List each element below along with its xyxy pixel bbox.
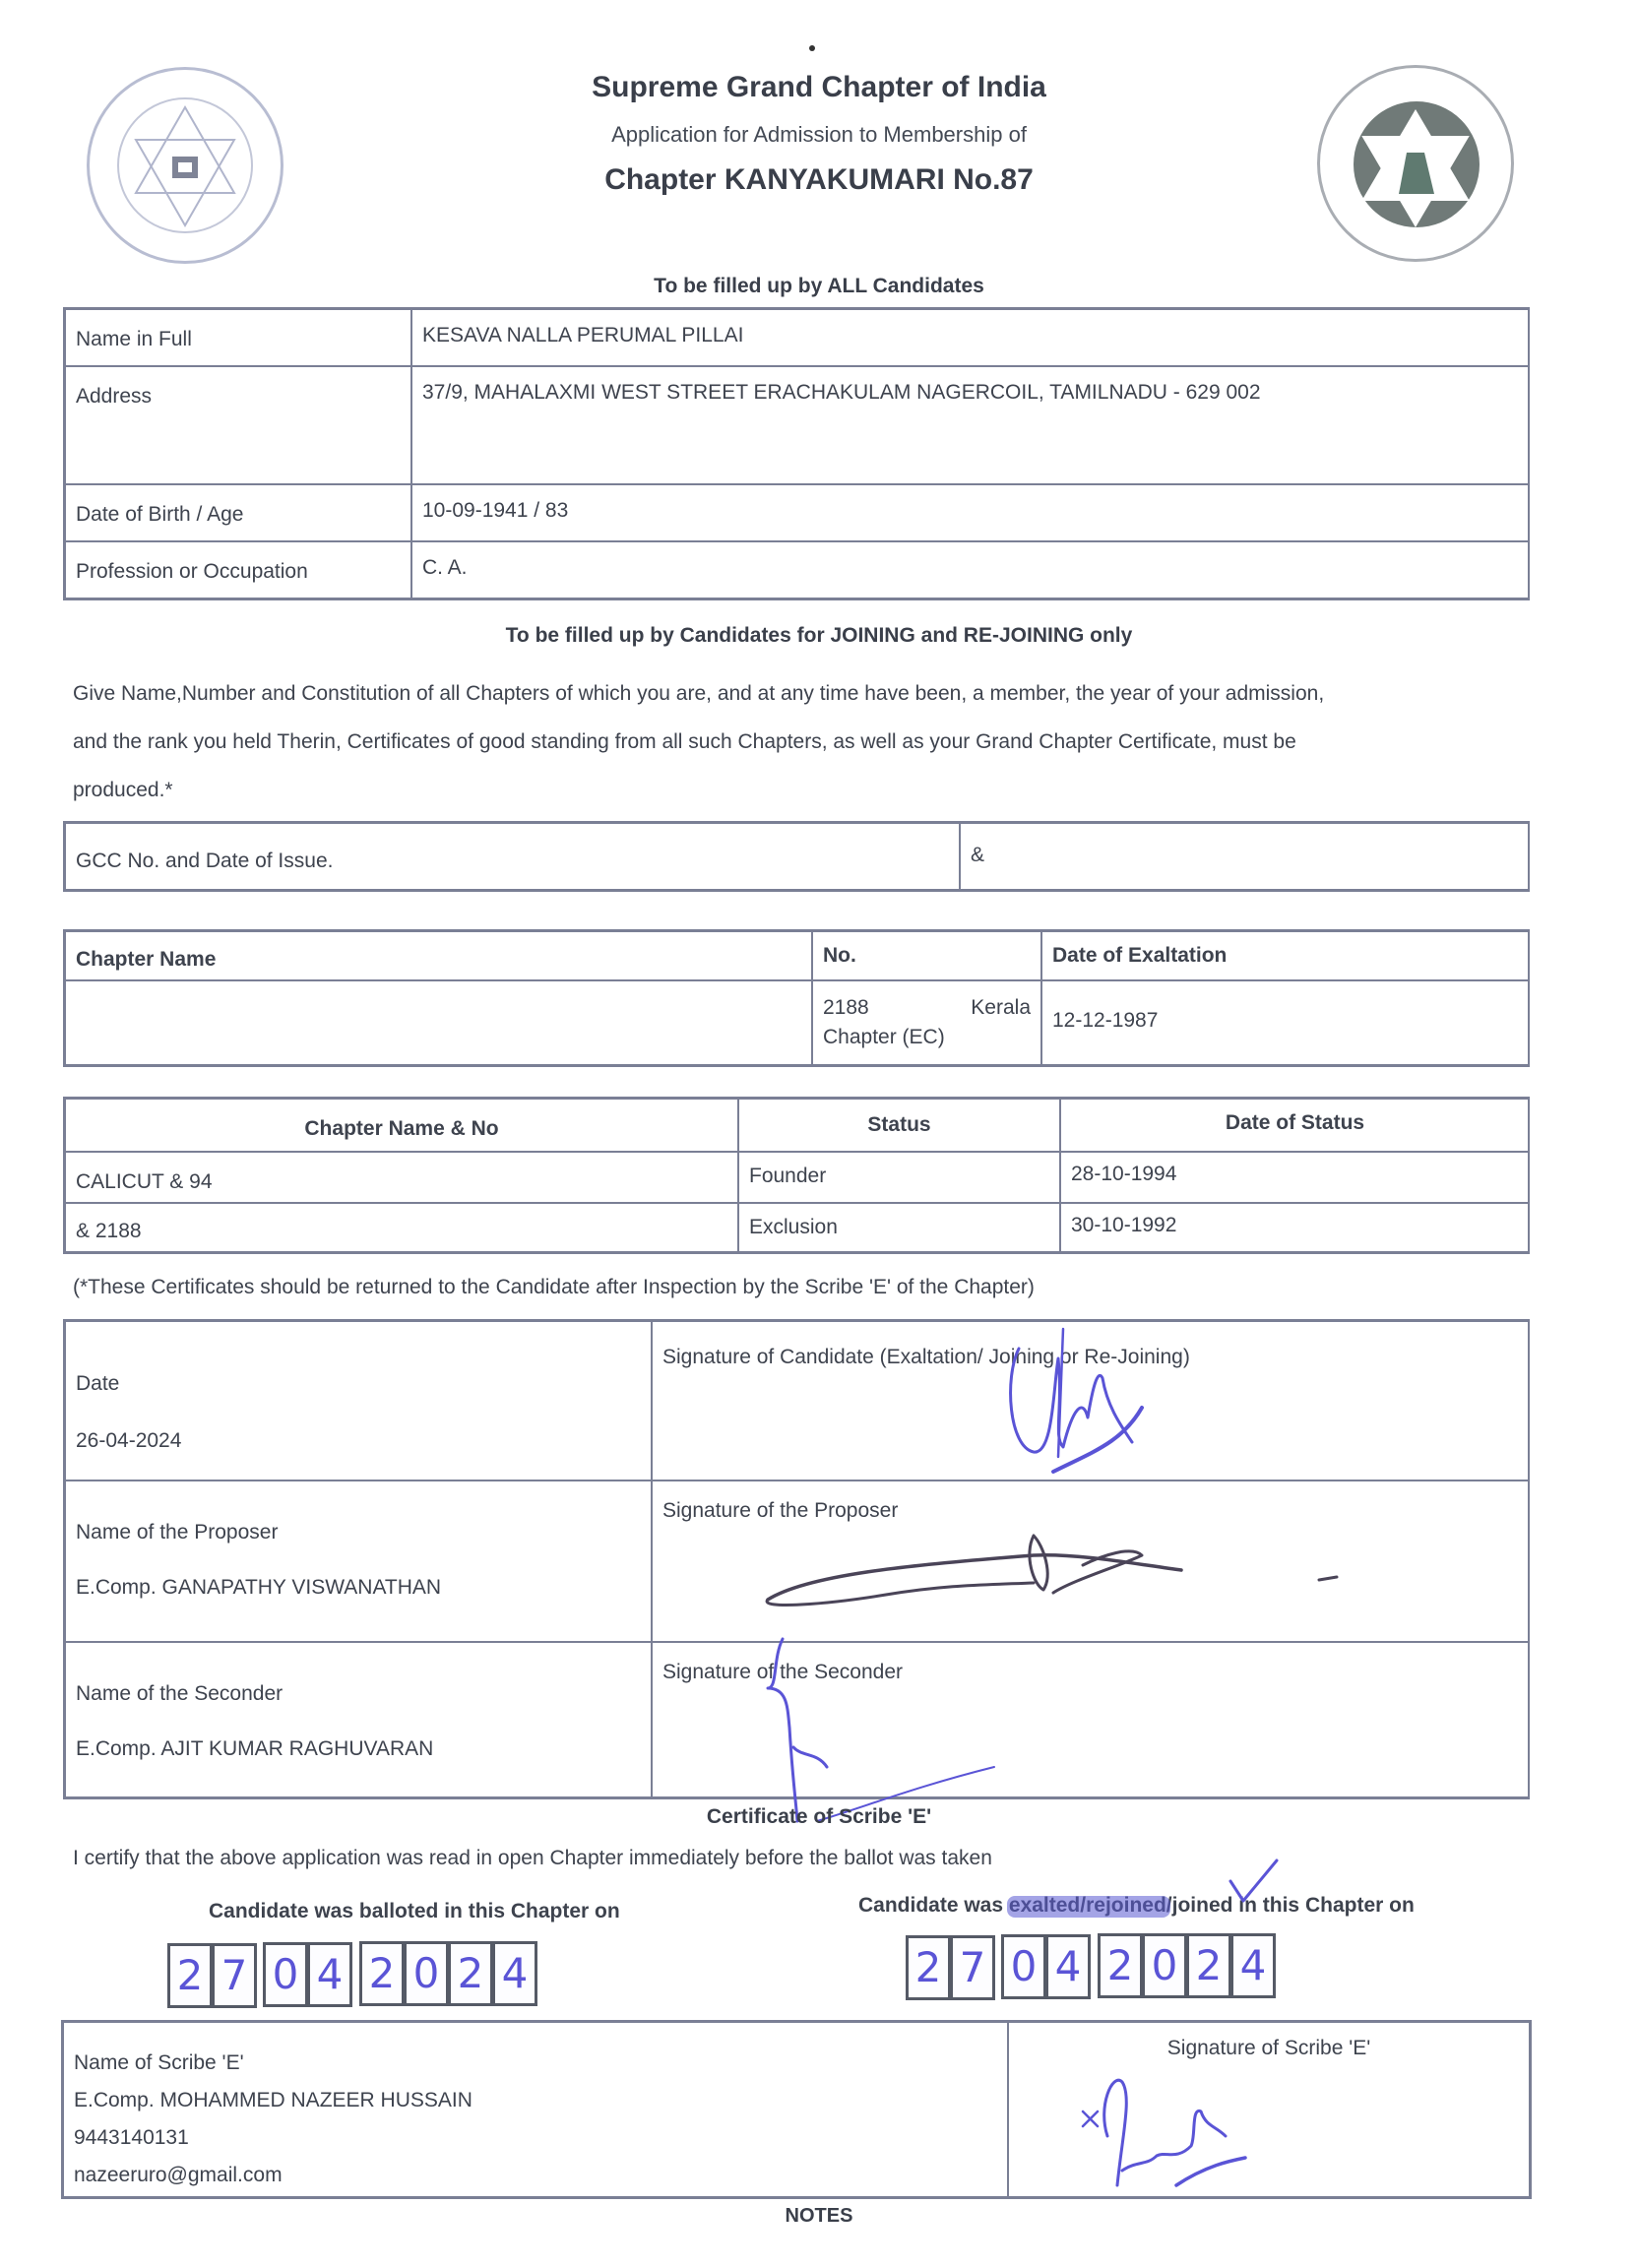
value-address: 37/9, MAHALAXMI WEST STREET ERACHAKULAM … <box>411 366 1530 484</box>
chapter-title: Chapter KANYAKUMARI No.87 <box>0 163 1638 197</box>
value-dob-age: 10-09-1941 / 83 <box>411 484 1530 541</box>
scribe-statement: I certify that the above application was… <box>73 1847 992 1870</box>
joined-label-struck: exalted/rejoined <box>1009 1894 1166 1917</box>
certificates-footnote: (*These Certificates should be returned … <box>73 1276 1035 1299</box>
balloted-year-digit-2: 0 <box>404 1941 449 2006</box>
status-row-1-chapter: CALICUT & 94 <box>65 1152 738 1203</box>
header-date-of-status: Date of Status <box>1060 1099 1530 1152</box>
joined-day-digit-1: 2 <box>906 1935 951 2000</box>
scribe-signature-icon <box>1068 2067 1285 2195</box>
org-title: Supreme Grand Chapter of India <box>0 71 1638 104</box>
balloted-year-digit-4: 4 <box>492 1941 537 2006</box>
proposer-cell: Name of the Proposer E.Comp. GANAPATHY V… <box>65 1480 652 1642</box>
scribe-phone: 9443140131 <box>74 2119 997 2157</box>
status-row-1-status: Founder <box>738 1152 1060 1203</box>
status-row-1-date: 28-10-1994 <box>1060 1152 1530 1203</box>
section-heading-joining: To be filled up by Candidates for JOININ… <box>0 624 1638 648</box>
scribe-table: Name of Scribe 'E' E.Comp. MOHAMMED NAZE… <box>61 2020 1532 2199</box>
header-status: Status <box>738 1099 1060 1152</box>
scribe-email: nazeeruro@gmail.com <box>74 2157 997 2194</box>
value-date-of-exaltation: 12-12-1987 <box>1041 980 1530 1065</box>
proposer-label: Name of the Proposer <box>76 1505 641 1560</box>
balloted-year-digit-3: 2 <box>448 1941 493 2006</box>
candidate-signature-icon <box>984 1319 1280 1477</box>
seconder-signature-icon <box>758 1629 1014 1826</box>
value-no-constitution: Kerala <box>971 993 1031 1023</box>
status-row-2-date: 30-10-1992 <box>1060 1203 1530 1252</box>
balloted-month-digit-2: 4 <box>307 1942 352 2007</box>
joined-month-digit-1: 0 <box>1001 1934 1046 1999</box>
notes-heading: NOTES <box>0 2205 1638 2228</box>
value-chapter-name <box>65 980 812 1065</box>
label-name-in-full: Name in Full <box>65 309 411 366</box>
instructions-line-3: produced.* <box>73 766 1530 814</box>
header-chapter-name: Chapter Name <box>65 931 812 980</box>
label-profession: Profession or Occupation <box>65 541 411 598</box>
balloted-year-digit-1: 2 <box>359 1941 405 2006</box>
date-cell: Date 26-04-2024 <box>65 1321 652 1480</box>
section-heading-all-candidates: To be filled up by ALL Candidates <box>0 275 1638 298</box>
joined-label: Candidate was exalted/rejoined/joined in… <box>858 1894 1415 1918</box>
scribe-name-label: Name of Scribe 'E' <box>74 2045 997 2082</box>
status-row-2-chapter: & 2188 <box>65 1203 738 1252</box>
balloted-day-digit-1: 2 <box>167 1943 213 2008</box>
status-row-2-status: Exclusion <box>738 1203 1060 1252</box>
value-no: 2188 Kerala Chapter (EC) <box>812 980 1041 1065</box>
scribble-strikethrough <box>1007 1896 1170 1918</box>
value-no-line2: Chapter (EC) <box>823 1023 1031 1052</box>
scribe-name: E.Comp. MOHAMMED NAZEER HUSSAIN <box>74 2082 997 2119</box>
date-value: 26-04-2024 <box>76 1413 641 1470</box>
date-label: Date <box>76 1355 641 1413</box>
joined-label-suffix: /joined in this Chapter on <box>1166 1894 1415 1917</box>
gcc-value: & <box>960 823 1530 890</box>
value-profession: C. A. <box>411 541 1530 598</box>
proposer-signature-icon <box>748 1516 1339 1634</box>
balloted-label: Candidate was balloted in this Chapter o… <box>209 1900 620 1923</box>
label-dob-age: Date of Birth / Age <box>65 484 411 541</box>
value-name-in-full: KESAVA NALLA PERUMAL PILLAI <box>411 309 1530 366</box>
checkmark-icon <box>1226 1857 1285 1906</box>
header-no: No. <box>812 931 1041 980</box>
label-address: Address <box>65 366 411 484</box>
instructions-line-1: Give Name,Number and Constitution of all… <box>73 669 1530 718</box>
seconder-label: Name of the Seconder <box>76 1667 641 1722</box>
joined-year-digit-2: 0 <box>1142 1933 1187 1998</box>
value-no-number: 2188 <box>823 993 869 1023</box>
scribe-certificate-heading: Certificate of Scribe 'E' <box>0 1805 1638 1829</box>
instructions-paragraph: Give Name,Number and Constitution of all… <box>73 669 1530 814</box>
gcc-label: GCC No. and Date of Issue. <box>65 823 960 890</box>
form-subtitle: Application for Admission to Membership … <box>0 122 1638 148</box>
header-chapter-name-no: Chapter Name & No <box>65 1099 738 1152</box>
joined-month-digit-2: 4 <box>1045 1934 1091 1999</box>
joined-year-digit-1: 2 <box>1098 1933 1143 1998</box>
joined-day-digit-2: 7 <box>950 1935 995 2000</box>
scribe-signature-label: Signature of Scribe 'E' <box>1019 2037 1519 2060</box>
proposer-name: E.Comp. GANAPATHY VISWANATHAN <box>76 1560 641 1615</box>
joined-year-digit-4: 4 <box>1230 1933 1276 1998</box>
gcc-table: GCC No. and Date of Issue. & <box>63 821 1530 892</box>
exaltation-table: Chapter Name No. Date of Exaltation 2188… <box>63 929 1530 1067</box>
balloted-month-digit-1: 0 <box>263 1942 308 2007</box>
candidate-details-table: Name in Full KESAVA NALLA PERUMAL PILLAI… <box>63 307 1530 600</box>
seconder-cell: Name of the Seconder E.Comp. AJIT KUMAR … <box>65 1642 652 1797</box>
seconder-name: E.Comp. AJIT KUMAR RAGHUVARAN <box>76 1722 641 1777</box>
joined-year-digit-3: 2 <box>1186 1933 1231 1998</box>
scribe-details-cell: Name of Scribe 'E' E.Comp. MOHAMMED NAZE… <box>63 2022 1008 2197</box>
scan-speck <box>809 45 815 51</box>
instructions-line-2: and the rank you held Therin, Certificat… <box>73 718 1530 766</box>
balloted-day-digit-2: 7 <box>212 1943 257 2008</box>
status-table: Chapter Name & No Status Date of Status … <box>63 1097 1530 1254</box>
header-date-of-exaltation: Date of Exaltation <box>1041 931 1530 980</box>
joined-label-prefix: Candidate was <box>858 1894 1009 1917</box>
